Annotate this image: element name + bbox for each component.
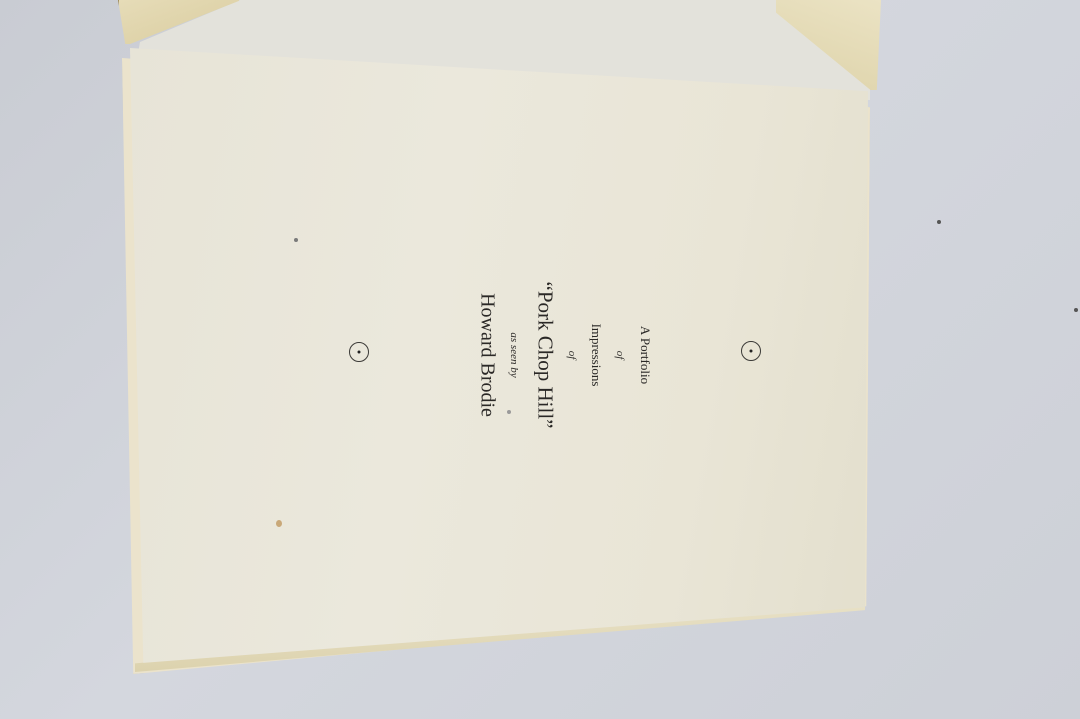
speck <box>937 220 941 224</box>
title-text-block: A Portfolio of Impressions of “Pork Chop… <box>480 290 655 420</box>
speck <box>294 238 298 242</box>
title-line-portfolio: A Portfolio <box>637 326 653 384</box>
title-line-author: Howard Brodie <box>476 293 499 417</box>
speck <box>507 410 511 414</box>
registration-circle-left-icon <box>349 342 369 362</box>
title-line-of-2: of <box>566 351 578 360</box>
speck <box>276 520 282 527</box>
title-line-as-seen-by: as seen by <box>508 332 520 377</box>
registration-circle-right-icon <box>741 341 761 361</box>
title-line-impressions: Impressions <box>588 324 604 387</box>
title-line-of: of <box>614 351 626 360</box>
speck <box>1074 308 1078 312</box>
photo-scene: A Portfolio of Impressions of “Pork Chop… <box>0 0 1080 719</box>
title-line-main-title: “Pork Chop Hill” <box>533 282 558 429</box>
